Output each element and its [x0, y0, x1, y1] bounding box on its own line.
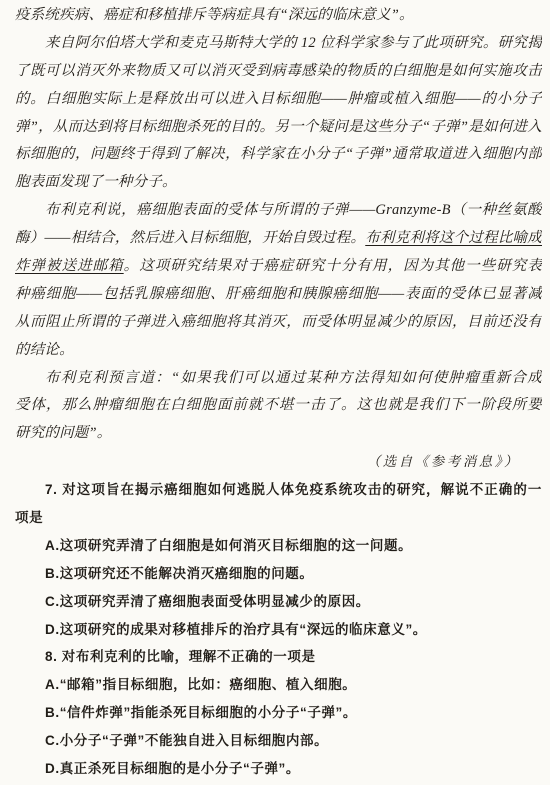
option-line: A.“邮箱”指目标细胞，比如：癌细胞、植入细胞。 [15, 671, 542, 699]
option-line: B.这项研究还不能解决消灭癌细胞的问题。 [15, 560, 542, 588]
document-page: 疫系统疾病、癌症和移植排斥等病症具有“深远的临床意义”。来自阿尔伯塔大学和麦克马… [0, 0, 550, 785]
text-segment: 受体，那么肿瘤细胞在白细胞面前就不堪一击了。这也就是我们下一阶段所要 [15, 397, 542, 413]
text-segment: 的结论。 [15, 342, 74, 358]
document-body: 疫系统疾病、癌症和移植排斥等病症具有“深远的临床意义”。来自阿尔伯塔大学和麦克马… [15, 2, 542, 783]
text-segment: 项是 [15, 510, 43, 525]
text-segment: 胞表面发现了一种分子。 [15, 174, 177, 190]
option-line: C.小分子“子弹”不能独自进入目标细胞内部。 [15, 727, 542, 755]
text-segment: 种癌细胞——包括乳腺癌细胞、肝癌细胞和胰腺癌细胞——表面的受体已显著减少， [15, 286, 542, 309]
text-segment: D.这项研究的成果对移植排斥的治疗具有“深远的临床意义”。 [45, 622, 427, 637]
text-segment: 弹”，从而达到将目标细胞杀死的目的。另一个疑问是这些分子“子弹”是如何进入目 [15, 119, 542, 142]
passage-line: 从而阻止所谓的子弹进入癌细胞将其消灭，而受体明显减少的原因，目前还没有确切 [15, 309, 542, 337]
text-segment: 从而阻止所谓的子弹进入癌细胞将其消灭，而受体明显减少的原因，目前还没有确切 [15, 314, 542, 337]
text-segment: B.这项研究还不能解决消灭癌细胞的问题。 [45, 566, 314, 581]
passage-line: 胞表面发现了一种分子。 [15, 169, 542, 197]
passage-line: 受体，那么肿瘤细胞在白细胞面前就不堪一击了。这也就是我们下一阶段所要 [15, 392, 542, 420]
text-segment: D.真正杀死目标细胞的是小分子“子弹”。 [45, 761, 300, 776]
text-segment: B.“信件炸弹”指能杀死目标细胞的小分子“子弹”。 [45, 705, 357, 720]
text-segment: 研究的问题”。 [15, 425, 111, 441]
option-line: C.这项研究弄清了癌细胞表面受体明显减少的原因。 [15, 588, 542, 616]
passage-line: 布利克利说，癌细胞表面的受体与所谓的子弹——Granzyme-B（一种丝氨酸脂 [15, 197, 542, 225]
text-segment: 布利克利说，癌细胞表面的受体与所谓的子弹——Granzyme-B（一种丝氨酸脂 [45, 202, 542, 225]
passage-line: 的结论。 [15, 337, 542, 365]
text-segment: 标细胞的，问题终于得到了解决，科学家在小分子“子弹”通常取道进入细胞内部的细 [15, 146, 542, 169]
passage-line: 酶）——相结合，然后进入目标细胞，开始自毁过程。布利克利将这个过程比喻成信件 [15, 225, 542, 253]
passage-line: 种癌细胞——包括乳腺癌细胞、肝癌细胞和胰腺癌细胞——表面的受体已显著减少， [15, 281, 542, 309]
option-line: B.“信件炸弹”指能杀死目标细胞的小分子“子弹”。 [15, 699, 542, 727]
question-line: 7. 对这项旨在揭示癌细胞如何逃脱人体免疫系统攻击的研究，解说不正确的一 [15, 476, 542, 504]
text-segment: 的。白细胞实际上是释放出可以进入目标细胞——肿瘤或植入细胞——的小分子“子 [15, 91, 542, 114]
text-segment: A.这项研究弄清了白细胞是如何消灭目标细胞的这一问题。 [45, 538, 412, 553]
option-line: A.这项研究弄清了白细胞是如何消灭目标细胞的这一问题。 [15, 532, 542, 560]
text-segment: 8. 对布利克利的比喻，理解不正确的一项是 [45, 649, 316, 664]
text-segment: A.“邮箱”指目标细胞，比如：癌细胞、植入细胞。 [45, 677, 356, 692]
passage-line: 布利克利预言道：“如果我们可以通过某种方法得知如何使肿瘤重新合成 [15, 365, 542, 393]
source-line: （选自《参考消息》） [15, 448, 542, 476]
passage-line: 来自阿尔伯塔大学和麦克马斯特大学的 12 位科学家参与了此项研究。研究揭示 [15, 30, 542, 58]
passage-line: 了既可以消灭外来物质又可以消灭受到病毒感染的物质的白细胞是如何实施攻击 [15, 58, 542, 86]
underlined-phrase: 炸弹被送进邮箱 [15, 258, 124, 274]
text-segment: 来自阿尔伯塔大学和麦克马斯特大学的 12 位科学家参与了此项研究。研究揭示 [45, 35, 542, 58]
text-segment: 了既可以消灭外来物质又可以消灭受到病毒感染的物质的白细胞是如何实施攻击 [15, 63, 542, 79]
text-segment: C.这项研究弄清了癌细胞表面受体明显减少的原因。 [45, 594, 370, 609]
passage-line: 疫系统疾病、癌症和移植排斥等病症具有“深远的临床意义”。 [15, 2, 542, 30]
question-line: 8. 对布利克利的比喻，理解不正确的一项是 [15, 643, 542, 671]
passage-line: 标细胞的，问题终于得到了解决，科学家在小分子“子弹”通常取道进入细胞内部的细 [15, 141, 542, 169]
option-line: D.这项研究的成果对移植排斥的治疗具有“深远的临床意义”。 [15, 616, 542, 644]
text-segment: C.小分子“子弹”不能独自进入目标细胞内部。 [45, 733, 328, 748]
passage-line: 炸弹被送进邮箱。这项研究结果对于癌症研究十分有用，因为其他一些研究表明，各 [15, 253, 542, 281]
text-segment: 酶）——相结合，然后进入目标细胞，开始自毁过程。 [15, 230, 365, 246]
passage-line: 的。白细胞实际上是释放出可以进入目标细胞——肿瘤或植入细胞——的小分子“子 [15, 86, 542, 114]
text-segment: 疫系统疾病、癌症和移植排斥等病症具有“深远的临床意义”。 [15, 7, 414, 23]
passage-line: 研究的问题”。 [15, 420, 542, 448]
text-segment: 布利克利预言道：“如果我们可以通过某种方法得知如何使肿瘤重新合成 [45, 370, 542, 386]
text-segment: （选自《参考消息》） [367, 454, 520, 469]
text-segment: 7. 对这项旨在揭示癌细胞如何逃脱人体免疫系统攻击的研究，解说不正确的一 [45, 482, 542, 497]
option-line: D.真正杀死目标细胞的是小分子“子弹”。 [15, 755, 542, 783]
question-line: 项是 [15, 504, 542, 532]
passage-line: 弹”，从而达到将目标细胞杀死的目的。另一个疑问是这些分子“子弹”是如何进入目 [15, 114, 542, 142]
